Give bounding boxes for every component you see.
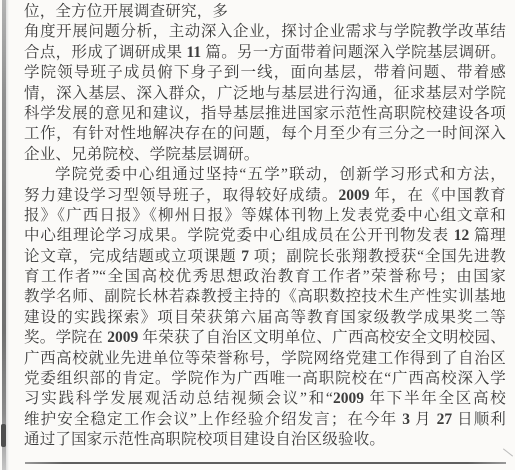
text-line: 科学发展的意见和建议，指导基层推进国家示范性高职院校建设各项 [24,104,506,124]
page-text: 位，全方位开展调查研究，多 角度开展问题分析，主动深入企业，探讨企业需求与学院教… [24,2,506,451]
scanned-document-page: 位，全方位开展调查研究，多 角度开展问题分析，主动深入企业，探讨企业需求与学院教… [0,0,515,470]
text-line: 角度开展问题分析，主动深入企业，探讨企业需求与学院教学改革结 [24,22,506,42]
text-line: 学院领导班子成员俯下身子到一线，面向基层，带着问题、带着感 [24,63,506,83]
text-line: 育工作者”“全国高校优秀思想政治教育工作者”荣誉称号；由国家 [24,267,506,287]
text-line: 报》《广西日报》《柳州日报》等媒体刊物上发表党委中心组文章和 [24,206,506,226]
text-line: 维护安全稳定工作会议”上作经验介绍发言；在今年 3 月 27 日顺利 [24,410,506,430]
text-line: 工作，有针对性地解决存在的问题，每个月至少有三分之一时间深入 [24,124,506,144]
text-line: 努力建设学习型领导班子，取得较好成绩。2009 年，在《中国教育 [24,186,506,206]
text-line: 建设的实践探索》项目荣获第六届高等教育国家级教学成果奖二等 [24,308,506,328]
text-line: 论文章，完成结题或立项课题 7 项；副院长张翔教授获“全国先进教 [24,247,506,267]
footnote-divider-line [25,462,506,464]
text-line: 合点，形成了调研成果 11 篇。另一方面带着问题深入学院基层调研。 [24,43,506,63]
text-line: 通过了国家示范性高职院校项目建设自治区级验收。 [24,430,506,450]
text-line: 奖。学院在 2009 年荣获了自治区文明单位、广西高校安全文明校园、 [24,328,506,348]
scan-corner-artifact [503,448,513,456]
text-line: 教学名师、副院长林若森教授主持的《高职数控技术生产性实训基地 [24,287,506,307]
text-line: 学院党委中心组通过坚持“五学”联动，创新学习形式和方法， [24,165,506,185]
scan-edge-blob [1,424,6,447]
text-line: 企业、兄弟院校、学院基层调研。 [24,145,506,165]
text-line: 位，全方位开展调查研究，多 [24,2,506,22]
text-line: 习实践科学发展观活动总结视频会议”和“2009 年下半年全区高校 [24,389,506,409]
scan-edge-halo [6,0,9,470]
text-line: 广西高校就业先进单位等荣誉称号，学院网络党建工作得到了自治区 [24,349,506,369]
text-line: 党委组织部的肯定。学院作为广西唯一高职院校在“广西高校深入学 [24,369,506,389]
text-line: 中心组理论学习成果。学院党委中心组成员在公开刊物发表 12 篇理 [24,226,506,246]
text-line: 情，深入基层、深入群众，广泛地与基层进行沟通，征求基层对学院 [24,84,506,104]
